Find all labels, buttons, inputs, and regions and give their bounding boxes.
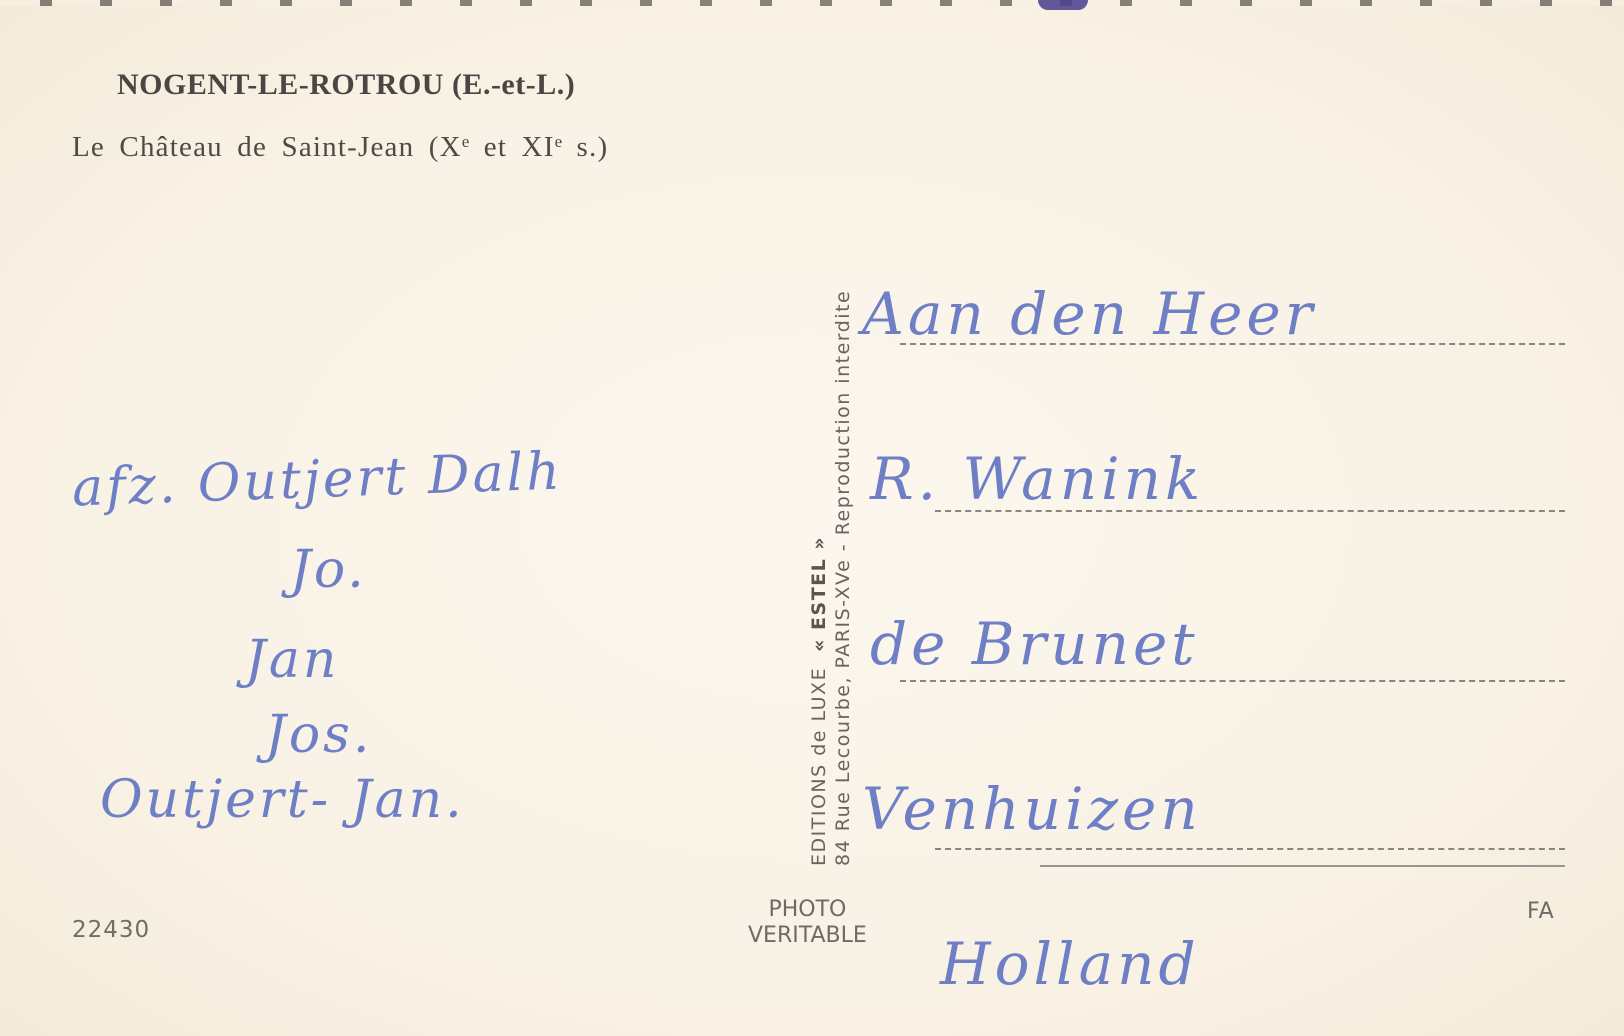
message-line-1: afz. Outjert Dalh (71, 441, 564, 518)
address-line-text-5: Holland (940, 930, 1200, 998)
address-line-text-1: Aan den Heer (862, 280, 1316, 348)
address-line-text-3: de Brunet (870, 610, 1199, 678)
publisher-line-1: EDITIONS de LUXE « ESTEL » (808, 536, 830, 866)
address-line-text-4: Venhuizen (862, 775, 1202, 843)
address-line-text-2: R. Wanink (870, 445, 1204, 513)
publisher-brand: « ESTEL » (808, 536, 830, 652)
publisher-line-2: 84 Rue Lecourbe, PARIS-XVe - Reproductio… (832, 290, 854, 866)
message-line-2: Jo. (290, 540, 367, 600)
perforated-top-edge (0, 0, 1624, 6)
subtitle-text: Le Château de Saint-Jean (X (72, 131, 462, 163)
corner-code: FA (1527, 899, 1555, 924)
subtitle-text: et XI (469, 131, 554, 163)
message-line-3: Jan (245, 630, 339, 690)
photo-label-line: PHOTO (748, 897, 867, 923)
photo-label-line: VERITABLE (748, 923, 867, 949)
ink-stain (1038, 0, 1088, 10)
postcard-title: NOGENT-LE-ROTROU (E.-et-L.) (117, 68, 575, 102)
publisher-imprint: EDITIONS de LUXE « ESTEL » 84 Rue Lecour… (808, 58, 856, 878)
address-line-4b (1040, 865, 1565, 867)
subtitle-superscript: e (555, 132, 563, 151)
subtitle-text: s.) (562, 131, 608, 163)
message-line-4: Jos. (265, 705, 372, 765)
publisher-name: EDITIONS de LUXE (808, 667, 830, 866)
photo-veritable-label: PHOTO VERITABLE (748, 897, 867, 949)
postcard-subtitle: Le Château de Saint-Jean (Xe et XIe s.) (72, 131, 608, 164)
address-line-3 (900, 680, 1565, 682)
address-line-4 (935, 848, 1565, 850)
catalog-number: 22430 (72, 917, 150, 943)
postcard-back: NOGENT-LE-ROTROU (E.-et-L.) Le Château d… (0, 0, 1624, 1036)
message-line-5: Outjert- Jan. (100, 770, 465, 830)
